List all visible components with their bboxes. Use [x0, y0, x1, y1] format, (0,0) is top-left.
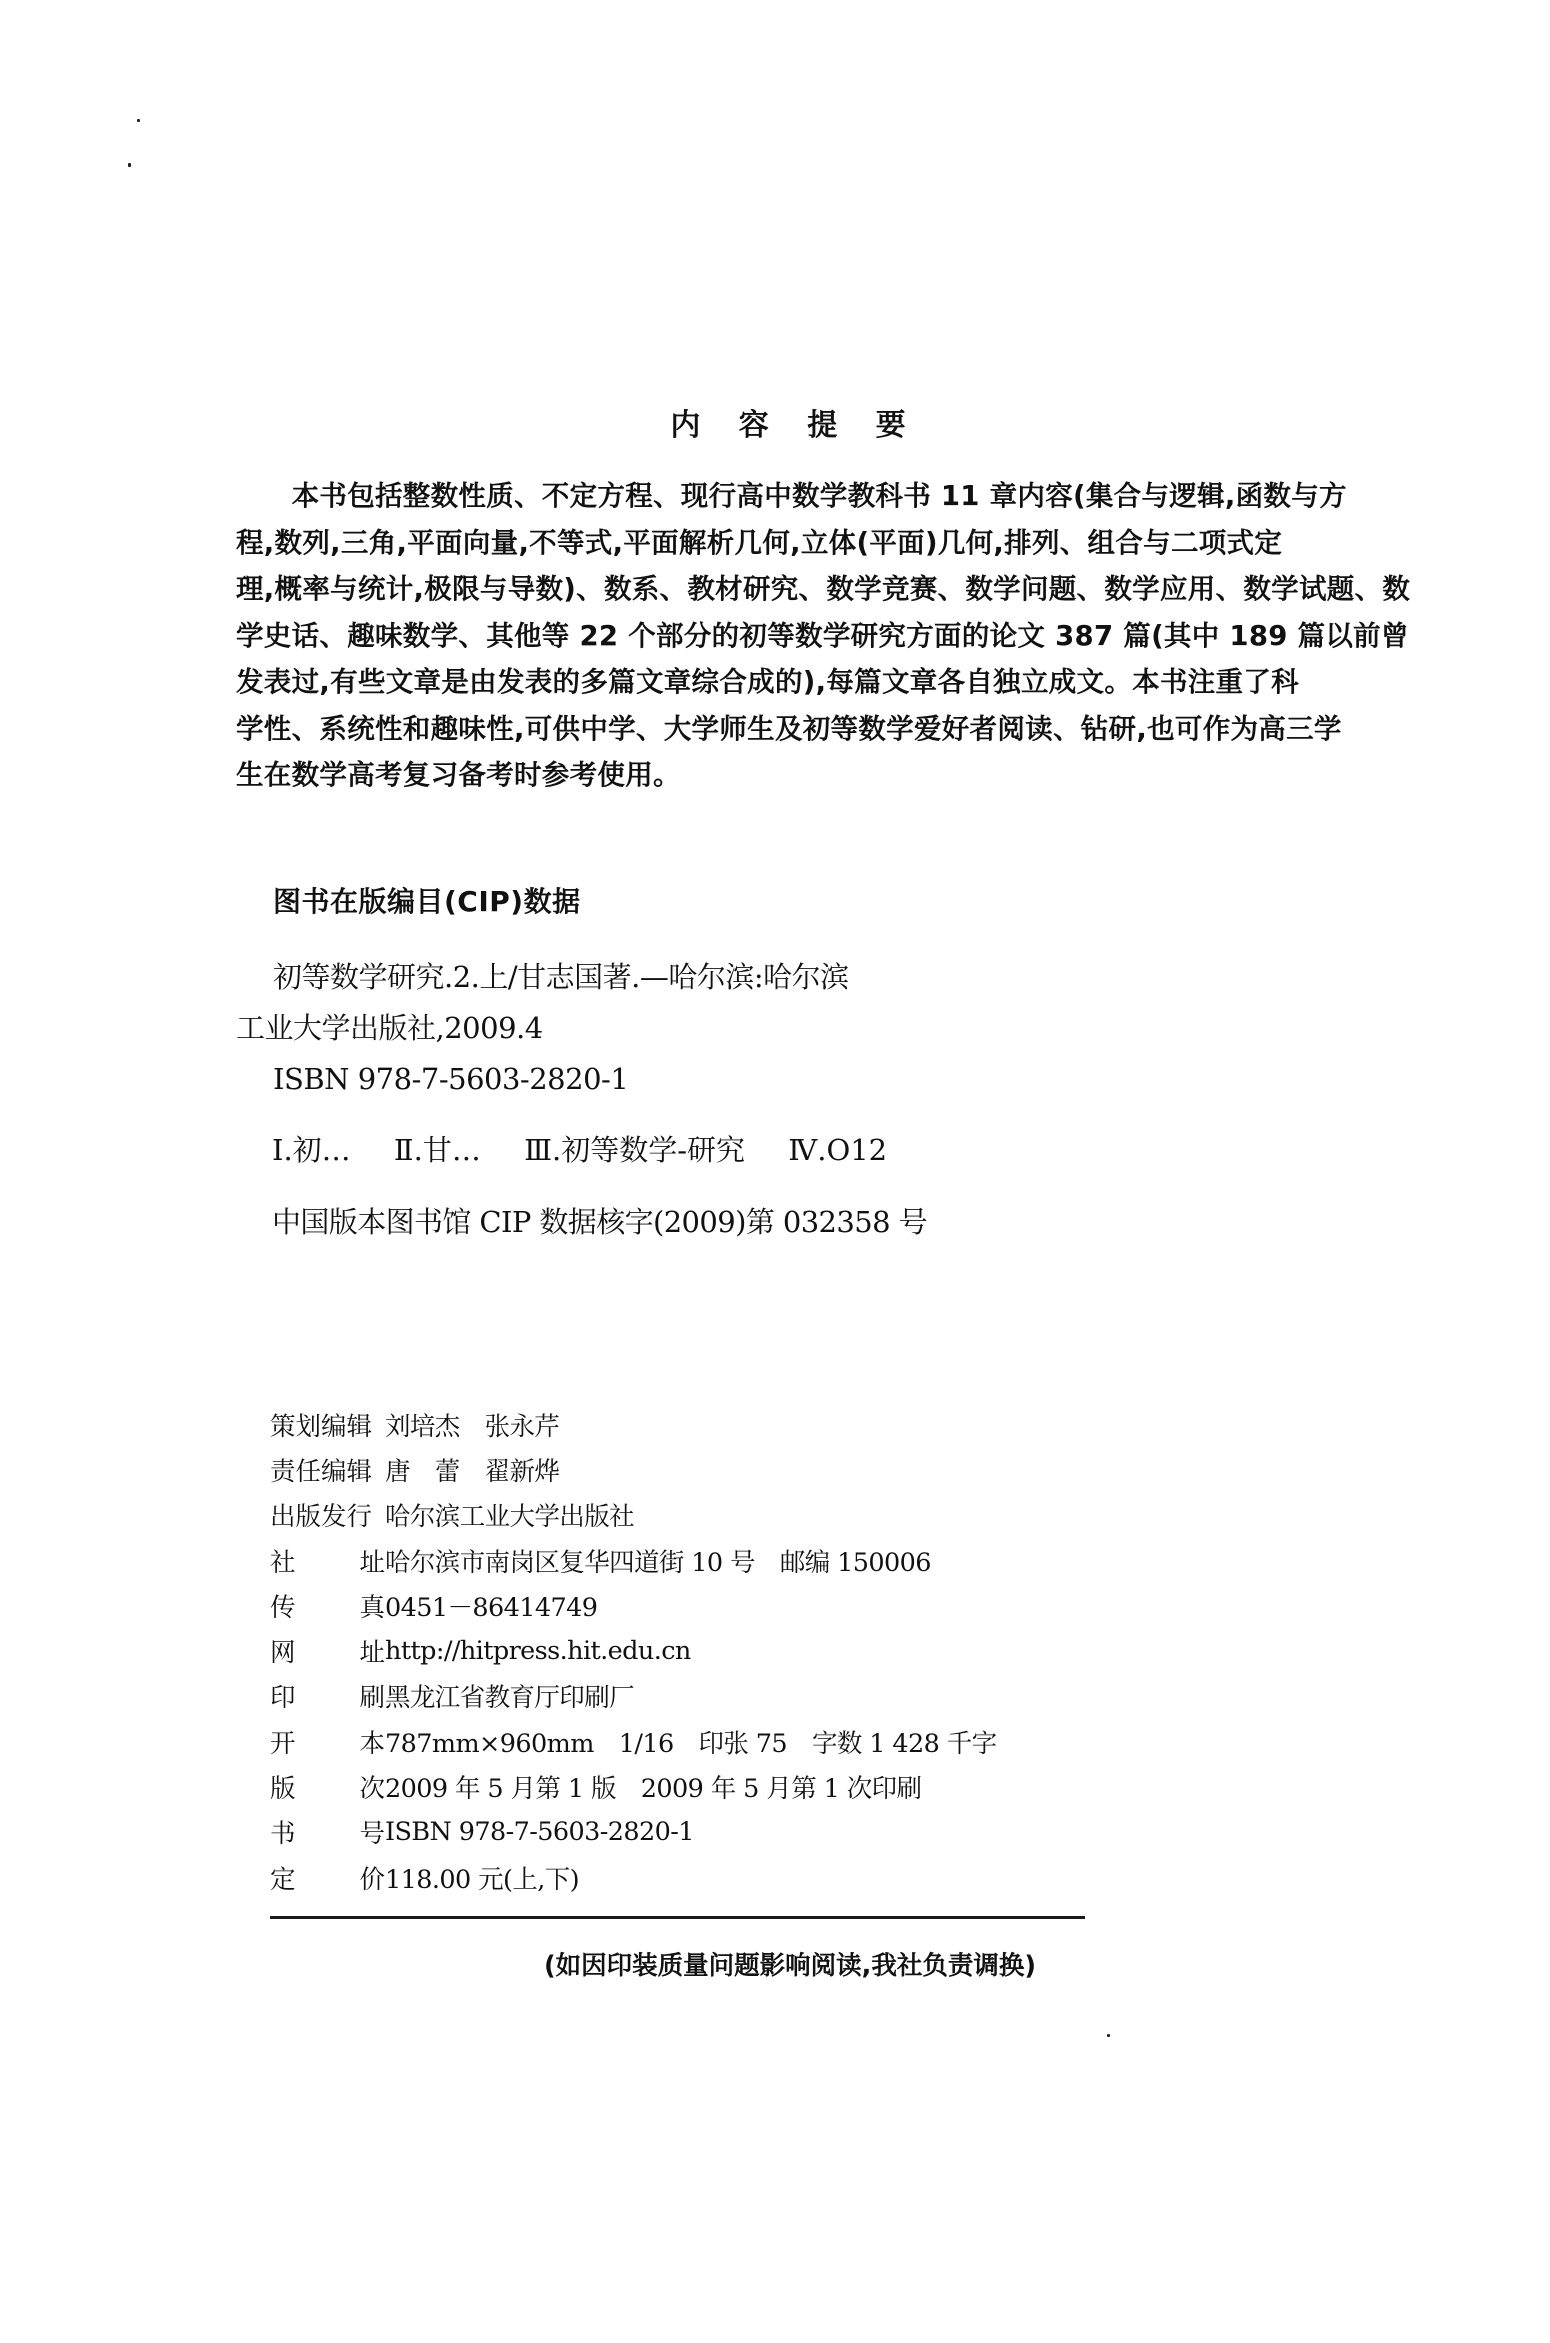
cip-class-item: Ⅳ.O12	[788, 1133, 887, 1167]
summary-line: 发表过,有些文章是由发表的多篇文章综合成的),每篇文章各自独立成文。本书注重了科	[236, 659, 1370, 706]
label-text: 传	[270, 1588, 296, 1624]
summary-line: 学史话、趣味数学、其他等 22 个部分的初等数学研究方面的论文 387 篇(其中…	[236, 613, 1370, 660]
imprint-row-fax: 传真 0451－86414749	[270, 1583, 997, 1628]
imprint-row-printer: 印刷 黑龙江省教育厅印刷厂	[270, 1674, 997, 1719]
imprint-label: 责任编辑	[270, 1452, 385, 1488]
imprint-label: 传真	[270, 1588, 385, 1624]
imprint-label: 书号	[270, 1814, 385, 1850]
imprint-value: 刘培杰 张永芹	[385, 1407, 559, 1443]
cip-entry: 初等数学研究.2.上/甘志国著.—哈尔滨:哈尔滨 工业大学出版社,2009.4 …	[236, 952, 849, 1105]
quality-notice: (如因印装质量问题影响阅读,我社负责调换)	[0, 1946, 1550, 1982]
summary-paragraph: 本书包括整数性质、不定方程、现行高中数学教科书 11 章内容(集合与逻辑,函数与…	[236, 473, 1370, 799]
scan-speck	[128, 163, 131, 167]
summary-line: 生在数学高考复习备考时参考使用。	[236, 752, 1370, 799]
label-text: 定	[270, 1860, 296, 1896]
label-text: 开	[270, 1724, 296, 1760]
imprint-row-responsible-editor: 责任编辑 唐 蕾 翟新烨	[270, 1447, 997, 1492]
label-text: 价	[359, 1860, 385, 1896]
label-text: 出版发行	[270, 1497, 372, 1533]
label-text: 策划编辑	[270, 1407, 372, 1443]
cip-heading: 图书在版编目(CIP)数据	[273, 880, 581, 920]
imprint-row-planning-editor: 策划编辑 刘培杰 张永芹	[270, 1402, 997, 1447]
imprint-row-book-number: 书号 ISBN 978-7-5603-2820-1	[270, 1810, 997, 1855]
cip-class-item: Ⅰ.初…	[272, 1128, 351, 1169]
imprint-label: 印刷	[270, 1678, 385, 1714]
label-text: 次	[359, 1769, 385, 1805]
imprint-value: ISBN 978-7-5603-2820-1	[385, 1817, 694, 1847]
label-text: 印	[270, 1678, 296, 1714]
label-text: 址	[359, 1543, 385, 1579]
label-text: 社	[270, 1543, 296, 1579]
imprint-value: 118.00 元(上,下)	[385, 1860, 579, 1896]
imprint-value: 2009 年 5 月第 1 版 2009 年 5 月第 1 次印刷	[385, 1769, 921, 1805]
label-text: 书	[270, 1814, 296, 1850]
imprint-value: 0451－86414749	[385, 1588, 597, 1624]
horizontal-rule	[270, 1916, 1085, 1919]
cip-classification: Ⅰ.初… Ⅱ.甘… Ⅲ.初等数学-研究 Ⅳ.O12	[272, 1128, 921, 1169]
label-text: 真	[359, 1588, 385, 1624]
imprint-value: 唐 蕾 翟新烨	[385, 1452, 559, 1488]
label-text: 网	[270, 1633, 296, 1669]
imprint-row-address: 社址 哈尔滨市南岗区复华四道街 10 号 邮编 150006	[270, 1538, 997, 1583]
imprint-label: 开本	[270, 1724, 385, 1760]
cip-entry-publisher: 工业大学出版社,2009.4	[236, 1003, 849, 1054]
imprint-row-format: 开本 787mm×960mm 1/16 印张 75 字数 1 428 千字	[270, 1719, 997, 1764]
imprint-value-website: http://hitpress.hit.edu.cn	[385, 1636, 691, 1666]
label-text: 号	[359, 1814, 385, 1850]
imprint-table: 策划编辑 刘培杰 张永芹 责任编辑 唐 蕾 翟新烨 出版发行 哈尔滨工业大学出版…	[270, 1402, 997, 1900]
imprint-value: 787mm×960mm 1/16 印张 75 字数 1 428 千字	[385, 1724, 997, 1760]
label-text: 址	[359, 1633, 385, 1669]
scan-speck	[137, 119, 140, 122]
imprint-value: 黑龙江省教育厅印刷厂	[385, 1678, 634, 1714]
scan-speck	[1107, 2034, 1110, 2037]
imprint-value: 哈尔滨工业大学出版社	[385, 1497, 634, 1533]
label-text: 责任编辑	[270, 1452, 372, 1488]
imprint-label: 社址	[270, 1543, 385, 1579]
label-text: 刷	[359, 1678, 385, 1714]
label-text: 版	[270, 1769, 296, 1805]
imprint-label: 策划编辑	[270, 1407, 385, 1443]
imprint-label: 网址	[270, 1633, 385, 1669]
cip-class-item: Ⅲ.初等数学-研究	[524, 1128, 745, 1169]
imprint-row-edition: 版次 2009 年 5 月第 1 版 2009 年 5 月第 1 次印刷	[270, 1764, 997, 1809]
imprint-row-publisher: 出版发行 哈尔滨工业大学出版社	[270, 1493, 997, 1538]
cip-class-item: Ⅱ.甘…	[394, 1128, 481, 1169]
summary-line: 学性、系统性和趣味性,可供中学、大学师生及初等数学爱好者阅读、钻研,也可作为高三…	[236, 706, 1370, 753]
summary-line: 本书包括整数性质、不定方程、现行高中数学教科书 11 章内容(集合与逻辑,函数与…	[236, 473, 1370, 520]
imprint-value: 哈尔滨市南岗区复华四道街 10 号 邮编 150006	[385, 1543, 931, 1579]
imprint-row-price: 定价 118.00 元(上,下)	[270, 1855, 997, 1900]
imprint-label: 出版发行	[270, 1497, 385, 1533]
summary-line: 理,概率与统计,极限与导数)、数系、教材研究、数学竞赛、数学问题、数学应用、数学…	[236, 566, 1370, 613]
cip-isbn: ISBN 978-7-5603-2820-1	[236, 1054, 849, 1105]
imprint-label: 定价	[270, 1860, 385, 1896]
imprint-label: 版次	[270, 1769, 385, 1805]
summary-title: 内 容 提 要	[0, 400, 1550, 444]
label-text: 本	[359, 1724, 385, 1760]
imprint-row-website: 网址 http://hitpress.hit.edu.cn	[270, 1628, 997, 1673]
cip-record-number: 中国版本图书馆 CIP 数据核字(2009)第 032358 号	[272, 1200, 927, 1241]
cip-entry-title: 初等数学研究.2.上/甘志国著.—哈尔滨:哈尔滨	[236, 952, 849, 1003]
summary-line: 程,数列,三角,平面向量,不等式,平面解析几何,立体(平面)几何,排列、组合与二…	[236, 520, 1370, 567]
